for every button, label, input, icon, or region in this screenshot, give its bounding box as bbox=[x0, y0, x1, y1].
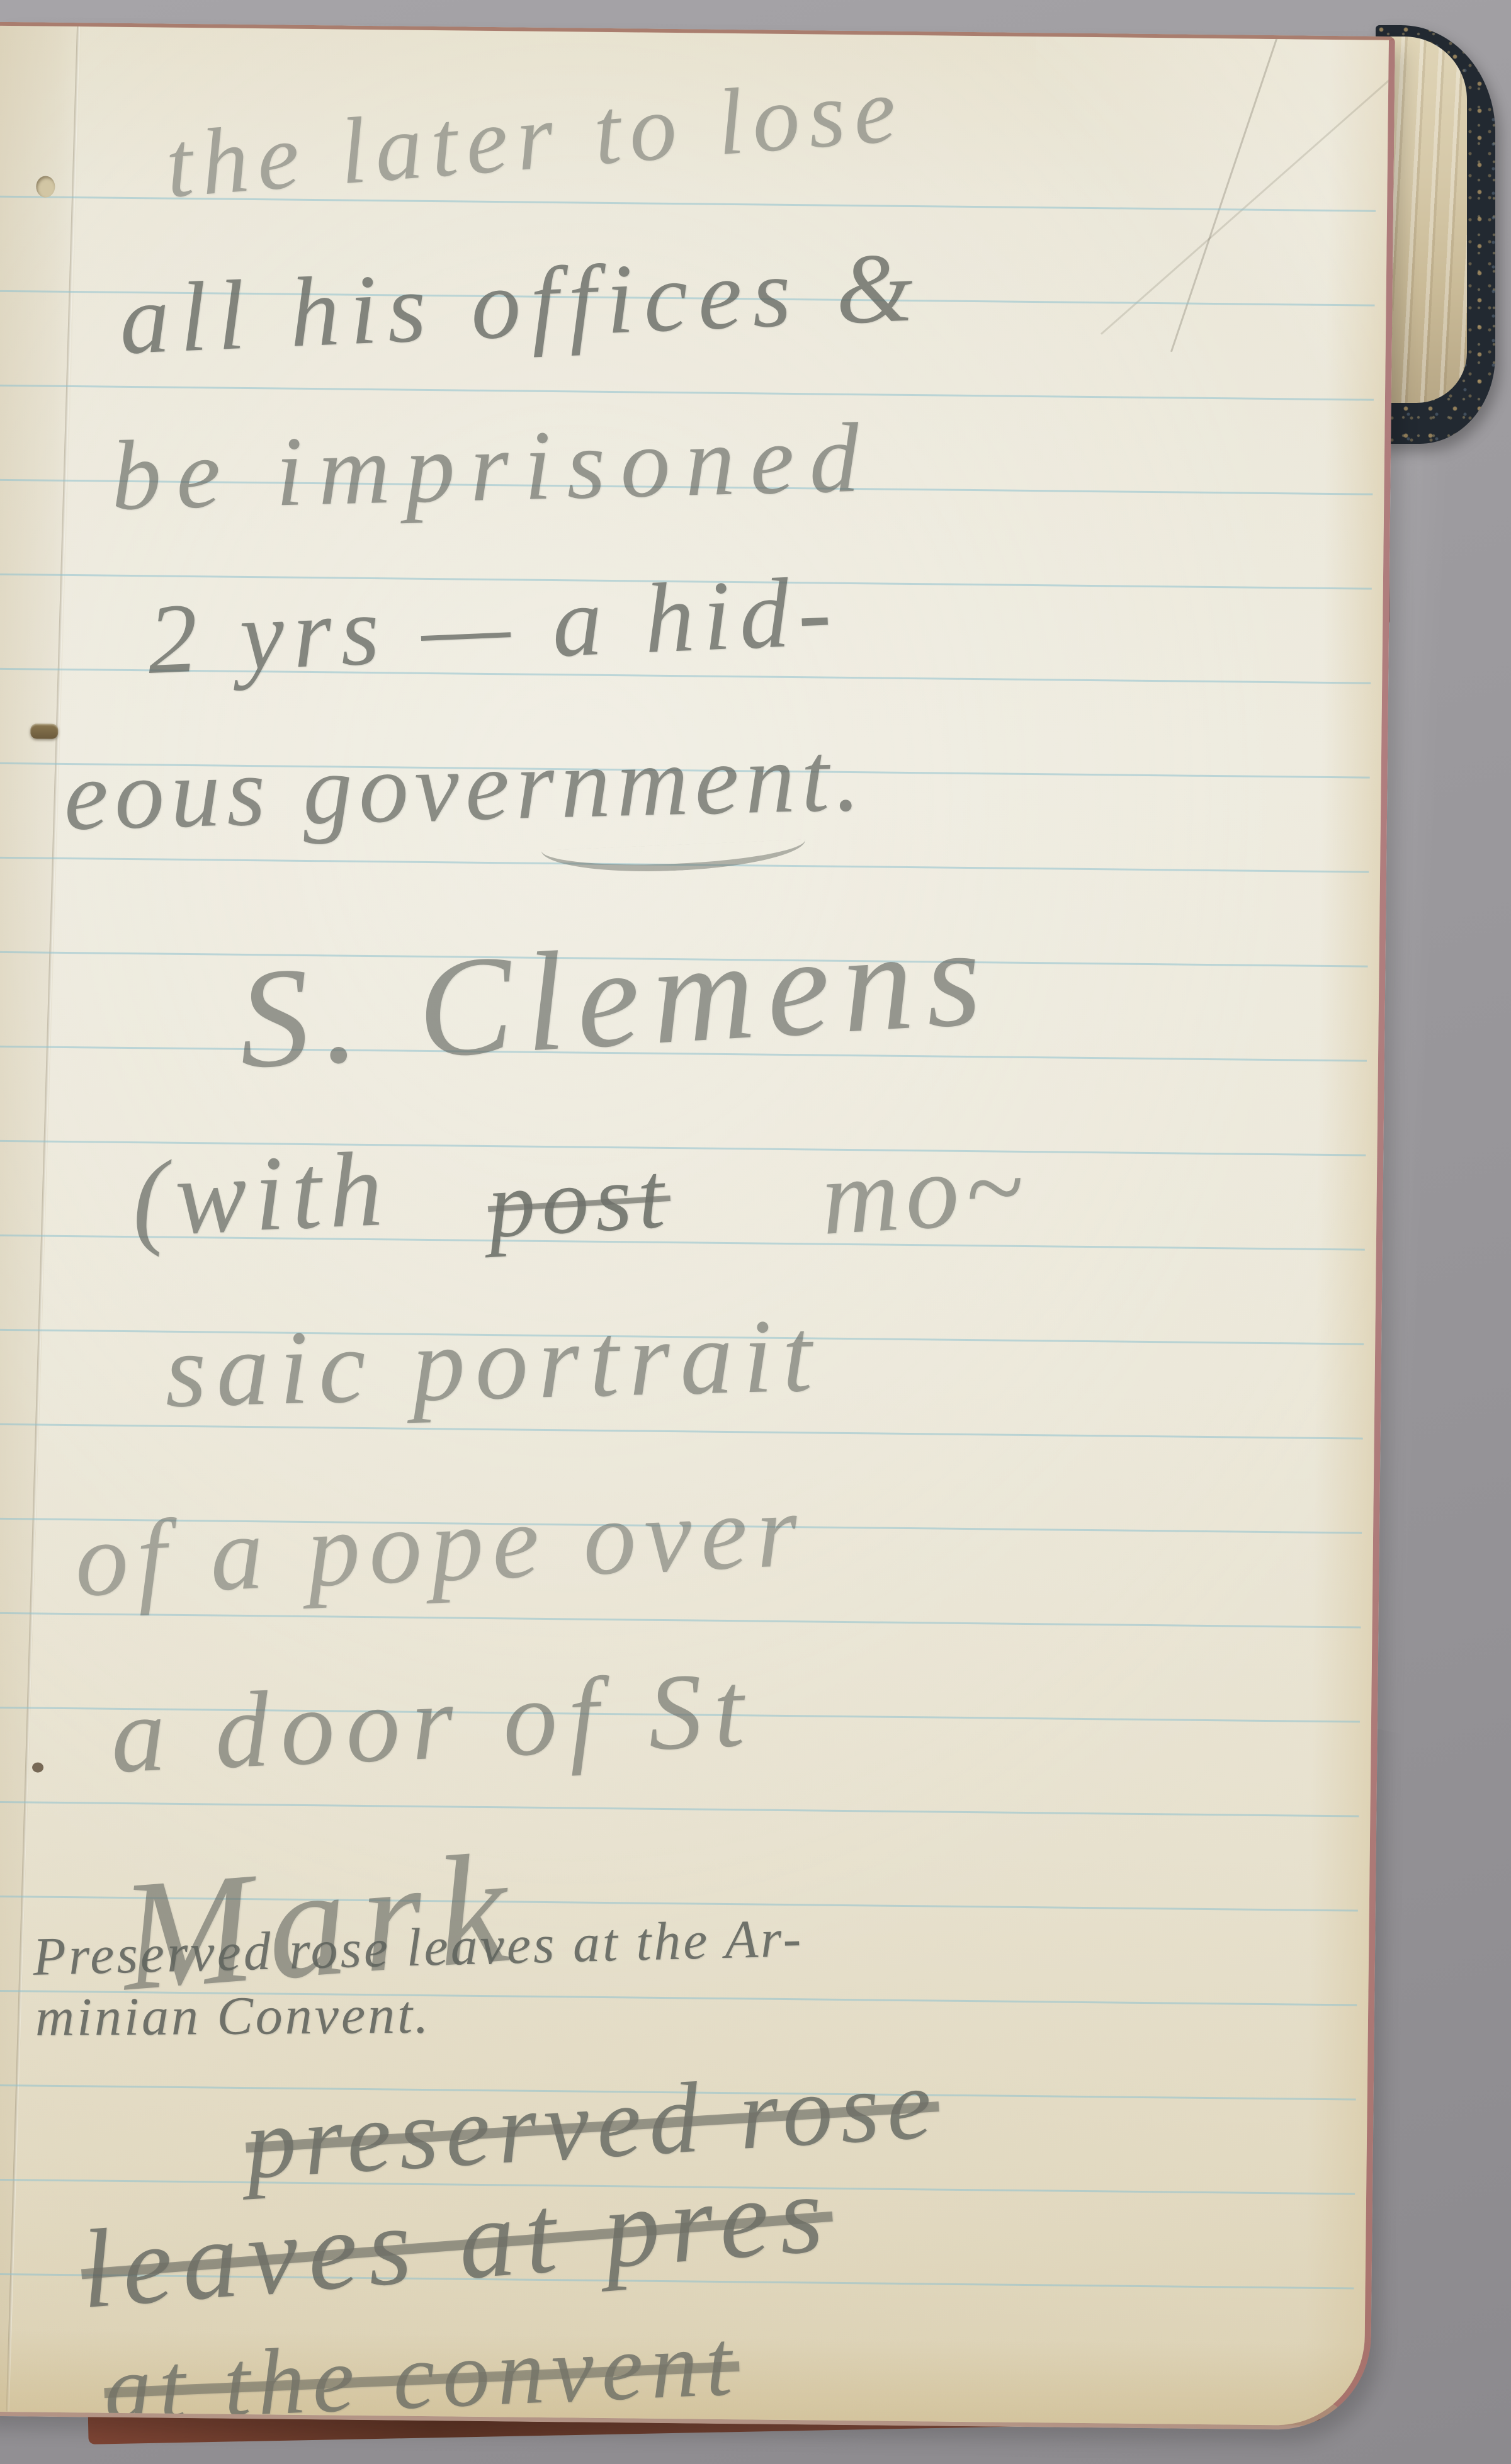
handwriting-line: at the convent bbox=[102, 2314, 741, 2431]
stitch-hole bbox=[36, 176, 55, 197]
handwriting-line: mo~ bbox=[818, 1130, 1033, 1255]
handwriting-line: all his offices & bbox=[118, 235, 925, 373]
ruled-line bbox=[0, 1801, 1359, 1817]
handwriting-line: minian Convent. bbox=[35, 1986, 431, 2046]
handwriting-line: a door of St bbox=[109, 1653, 757, 1793]
separator-flourish bbox=[541, 839, 806, 876]
handwriting-line: the later to lose bbox=[162, 60, 908, 215]
ruled-line bbox=[0, 1612, 1361, 1629]
handwriting-line: S. Clemens bbox=[234, 901, 997, 1094]
notebook-page: the later to loseall his offices &be imp… bbox=[0, 22, 1395, 2431]
notebook-photo: the later to loseall his offices &be imp… bbox=[0, 0, 1511, 2464]
handwriting-line: leaves at pres bbox=[77, 2154, 837, 2329]
stitch-hole-lower bbox=[32, 1762, 43, 1772]
handwriting-line: 2 yrs — a hid- bbox=[145, 559, 842, 692]
handwriting-line: of a pope over bbox=[73, 1474, 808, 1616]
handwriting-line: eous government. bbox=[63, 725, 868, 849]
handwriting-line: be imprisoned bbox=[110, 405, 875, 528]
handwriting-line: saic portrait bbox=[164, 1299, 823, 1427]
handwriting-line: (with bbox=[130, 1133, 392, 1255]
binding-staple bbox=[30, 723, 58, 738]
handwriting-line: post bbox=[485, 1146, 673, 1255]
